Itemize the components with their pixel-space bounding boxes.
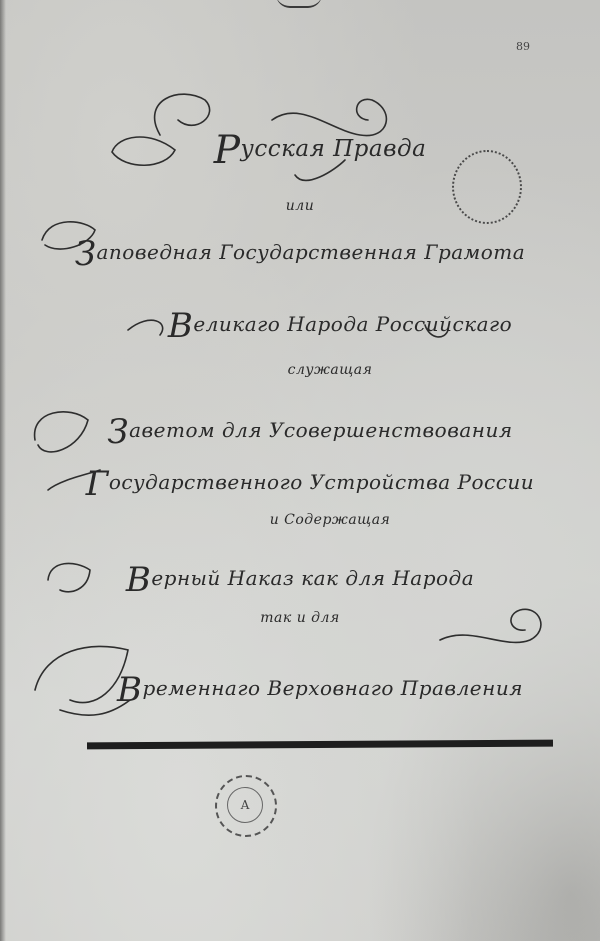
title-line-7: Государственного Устройства России bbox=[0, 464, 600, 504]
title-line-9: Верный Наказ как для Народа bbox=[0, 560, 600, 600]
title-line-10: так и для bbox=[0, 610, 600, 626]
title-line-11: Временнаго Верховнаго Правления bbox=[0, 670, 600, 710]
stamp-inner-ring: А bbox=[227, 787, 263, 823]
title-line-5: служащая bbox=[0, 362, 600, 378]
title-line-6: Заветом для Усовершенствования bbox=[0, 412, 600, 452]
title-line-8: и Содержащая bbox=[0, 512, 600, 528]
title-line-2: или bbox=[0, 198, 600, 214]
title-line-4: Великаго Народа Российскаго bbox=[0, 306, 600, 346]
horizontal-rule bbox=[87, 740, 553, 750]
library-stamp-bottom: А bbox=[215, 775, 277, 837]
title-line-1: Русская Правда bbox=[0, 128, 600, 173]
title-line-3: Заповедная Государственная Грамота bbox=[0, 234, 600, 274]
page-number: 89 bbox=[516, 40, 530, 53]
manuscript-page: 89 Русская bbox=[0, 0, 600, 941]
top-ink-mark bbox=[276, 0, 322, 8]
